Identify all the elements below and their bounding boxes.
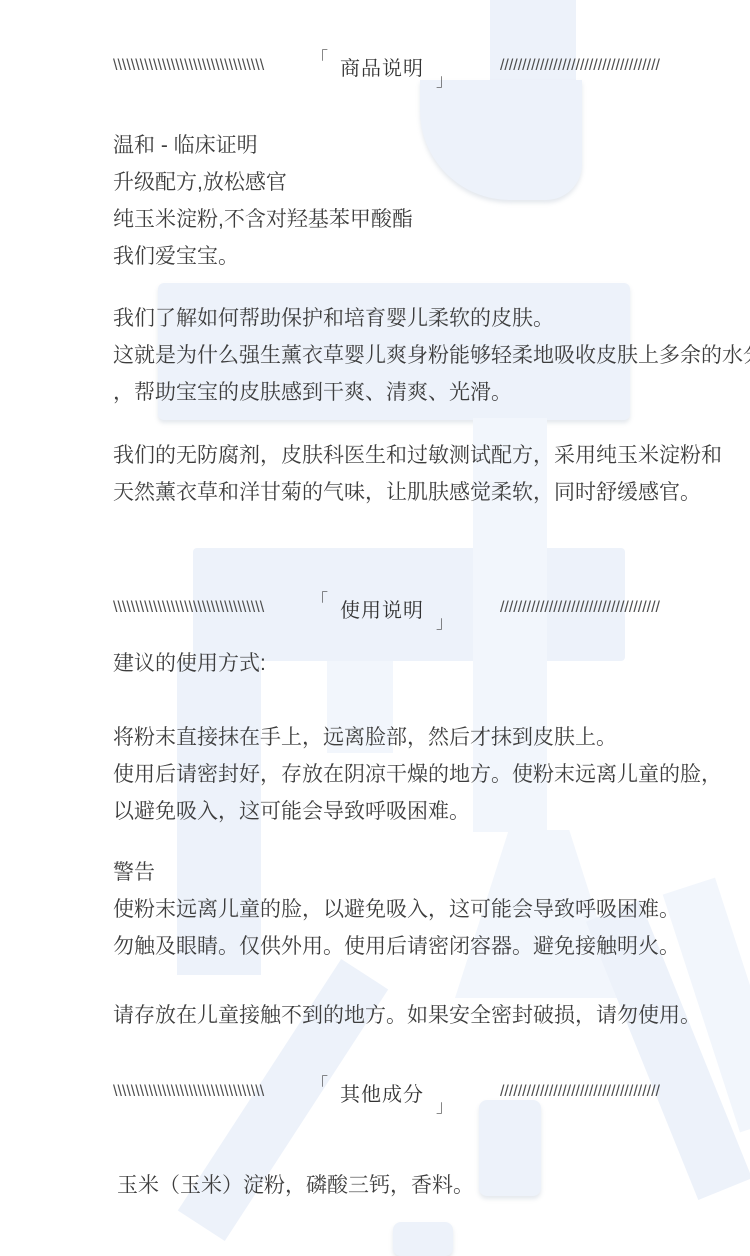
hatch-left: \\\\\\\\\\\\\\\\\\\\\\\\\\\\\\\\\\ <box>113 1086 264 1098</box>
watermark-shape <box>420 80 582 200</box>
hatch-left: \\\\\\\\\\\\\\\\\\\\\\\\\\\\\\\\\\ <box>113 60 264 72</box>
section-title-usage: 使用说明 <box>340 594 424 623</box>
hatch-right: //////////////////////////////////// <box>500 1086 660 1098</box>
usage-storage-text: 请存放在儿童接触不到的地方。如果安全密封破损，请勿使用。 <box>113 997 701 1034</box>
product-body-text-2: 我们的无防腐剂，皮肤科医生和过敏测试配方，采用纯玉米淀粉和 天然薰衣草和洋甘菊的… <box>113 437 722 511</box>
corner-bracket-open-icon: 「 <box>311 44 328 69</box>
section-title-group: 「 其他成分 」 <box>311 1078 453 1107</box>
section-title-product: 商品说明 <box>340 52 424 81</box>
section-title-group: 「 商品说明 」 <box>311 52 453 81</box>
corner-bracket-close-icon: 」 <box>436 66 453 91</box>
product-description-page: \\\\\\\\\\\\\\\\\\\\\\\\\\\\\\\\\\ 「 商品说… <box>0 0 750 1256</box>
corner-bracket-open-icon: 「 <box>311 586 328 611</box>
section-title-ingredients: 其他成分 <box>340 1078 424 1107</box>
section-header-usage: \\\\\\\\\\\\\\\\\\\\\\\\\\\\\\\\\\ 「 使用说… <box>113 580 660 636</box>
corner-bracket-open-icon: 「 <box>311 1070 328 1095</box>
section-header-product: \\\\\\\\\\\\\\\\\\\\\\\\\\\\\\\\\\ 「 商品说… <box>113 38 660 94</box>
usage-suggest-label: 建议的使用方式: <box>113 645 266 682</box>
ingredients-list-text: 玉米（玉米）淀粉，磷酸三钙，香料。 <box>117 1167 474 1204</box>
product-intro-text: 温和 - 临床证明 升级配方,放松感官 纯玉米淀粉,不含对羟基苯甲酸酯 我们爱宝… <box>113 127 413 275</box>
hatch-right: //////////////////////////////////// <box>500 602 660 614</box>
section-header-ingredients: \\\\\\\\\\\\\\\\\\\\\\\\\\\\\\\\\\ 「 其他成… <box>113 1064 660 1120</box>
section-title-group: 「 使用说明 」 <box>311 594 453 623</box>
usage-directions-text: 将粉末直接抹在手上，远离脸部，然后才抹到皮肤上。 使用后请密封好，存放在阴凉干燥… <box>113 719 722 830</box>
corner-bracket-close-icon: 」 <box>436 608 453 633</box>
corner-bracket-close-icon: 」 <box>436 1092 453 1117</box>
hatch-right: //////////////////////////////////// <box>500 60 660 72</box>
hatch-left: \\\\\\\\\\\\\\\\\\\\\\\\\\\\\\\\\\ <box>113 602 264 614</box>
watermark-shape <box>393 1222 453 1256</box>
usage-warning-text: 警告 使粉末远离儿童的脸，以避免吸入，这可能会导致呼吸困难。 勿触及眼睛。仅供外… <box>113 854 680 965</box>
product-body-text-1: 我们了解如何帮助保护和培育婴儿柔软的皮肤。 这就是为什么强生薰衣草婴儿爽身粉能够… <box>113 300 750 411</box>
